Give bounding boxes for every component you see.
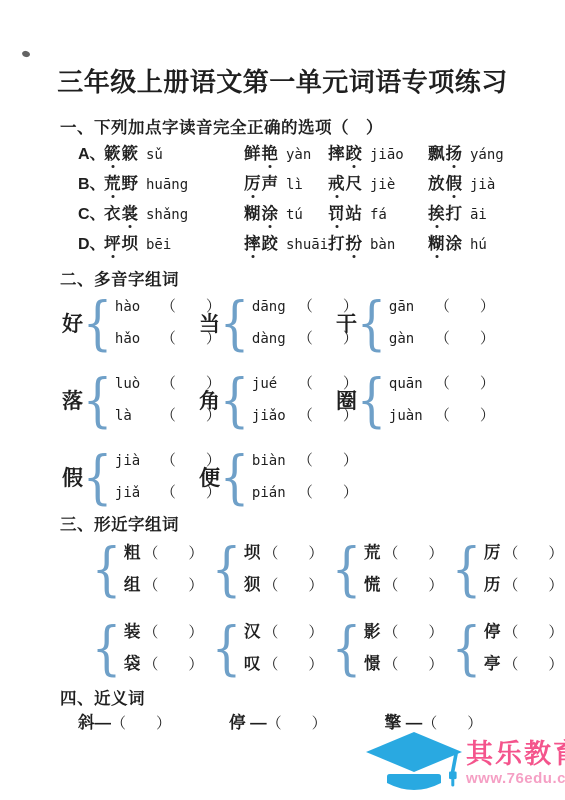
answer-blank: （ ）	[263, 538, 323, 570]
dotted-char: 坪	[104, 230, 122, 254]
polyphone-character: 好	[62, 308, 83, 338]
character: 憬	[364, 648, 381, 680]
left-brace-icon: {	[220, 448, 250, 506]
pinyin: fá	[370, 207, 387, 223]
pinyin: dàng	[252, 323, 298, 355]
word-characters: 鲜艳	[244, 140, 279, 164]
word-item: 糊涂hú	[428, 230, 556, 254]
pinyin: āi	[470, 207, 487, 223]
pinyin: gàn	[389, 323, 435, 355]
polyphone-group: 假{jià（ ）jiǎ（ ）	[62, 445, 199, 509]
dotted-char: 假	[446, 170, 464, 194]
answer-blank: （ ）	[298, 445, 358, 477]
character-blank-line: 停（ ）	[484, 616, 564, 648]
pair-lines: 停（ ）亭（ ）	[484, 616, 564, 680]
option-label: C、	[78, 201, 104, 224]
pinyin-lines: gān（ ）gàn（ ）	[389, 291, 495, 355]
dotted-char: 荒	[104, 170, 122, 194]
char: 坝	[122, 230, 140, 254]
polyphone-character: 角	[199, 385, 220, 415]
char: 尺	[346, 170, 364, 194]
left-brace-icon: {	[452, 619, 482, 677]
left-brace-icon: {	[332, 540, 362, 598]
dotted-char: 跤	[346, 140, 364, 164]
brand-text: 其乐教育 www.76edu.com	[466, 727, 565, 787]
pinyin: jiǎ	[115, 477, 161, 509]
answer-blank: （ ）	[383, 570, 443, 602]
dotted-char: 挨	[428, 200, 446, 224]
char: 站	[346, 200, 364, 224]
character-blank-line: 荒（ ）	[364, 537, 444, 569]
character: 叹	[244, 648, 261, 680]
polyphone-character: 落	[62, 385, 83, 415]
answer-blank: （ ）	[383, 617, 443, 649]
worksheet-page: 三年级上册语文第一单元词语专项练习 一、下列加点字读音完全正确的选项（ ） A、…	[0, 0, 565, 800]
answer-blank: （ ）	[503, 570, 563, 602]
character-blank-line: 粗（ ）	[124, 537, 204, 569]
character: 狈	[244, 569, 261, 601]
polyphone-group: 好{hào（ ）hǎo（ ）	[62, 291, 199, 355]
similar-character-group: {影（ ）憬（ ）	[332, 616, 452, 680]
pronunciation-option-row: B、荒野huāng厉声lì戒尺jiè放假jià	[78, 170, 556, 200]
pair-lines: 荒（ ）慌（ ）	[364, 537, 444, 601]
character: 粗	[124, 537, 141, 569]
brand-name: 其乐教育	[466, 740, 565, 768]
word-item: 鲜艳yàn	[244, 140, 328, 164]
left-brace-icon: {	[212, 619, 242, 677]
char: 声	[262, 170, 280, 194]
similar-character-pairs: {粗（ ）组（ ）{坝（ ）狈（ ）{荒（ ）慌（ ）{厉（ ）历（ ）{装（ …	[92, 537, 565, 695]
answer-blank: （ ）	[143, 570, 203, 602]
character: 组	[124, 569, 141, 601]
answer-blank: （ ）	[435, 323, 495, 355]
polyphone-row: 假{jià（ ）jiǎ（ ）便{biàn（ ）pián（ ）	[62, 445, 473, 509]
pinyin-blank-line: quān（ ）	[389, 368, 495, 400]
similar-character-group: {坝（ ）狈（ ）	[212, 537, 332, 601]
dotted-char: 摔	[244, 230, 262, 254]
word-item: 挨打āi	[428, 200, 556, 224]
pair-lines: 汉（ ）叹（ ）	[244, 616, 324, 680]
pinyin: juàn	[389, 400, 435, 432]
word-item: 摔跤shuāi	[244, 230, 328, 254]
pair-lines: 坝（ ）狈（ ）	[244, 537, 324, 601]
brand-logo: 其乐教育 www.76edu.com	[364, 727, 565, 795]
word-characters: 打扮	[328, 230, 363, 254]
dotted-char: 厉	[244, 170, 262, 194]
answer-blank: （ ）	[503, 617, 563, 649]
character-blank-line: 历（ ）	[484, 569, 564, 601]
answer-blank: （ ）	[111, 712, 171, 733]
answer-blank: （ ）	[503, 538, 563, 570]
word-characters: 摔跤	[328, 140, 363, 164]
polyphone-group: 圈{quān（ ）juàn（ ）	[336, 368, 473, 432]
pair-lines: 粗（ ）组（ ）	[124, 537, 204, 601]
pinyin: là	[115, 400, 161, 432]
polyphone-character: 当	[199, 308, 220, 338]
word-characters: 飘扬	[428, 140, 463, 164]
graduation-cap-icon	[364, 727, 464, 795]
answer-blank: （ ）	[435, 400, 495, 432]
synonym-word: 斜—	[78, 709, 111, 733]
pinyin: jiāo	[370, 147, 404, 163]
answer-blank: （ ）	[263, 570, 323, 602]
answer-blank: （ ）	[263, 617, 323, 649]
character: 汉	[244, 616, 261, 648]
word-characters: 衣裳	[104, 200, 139, 224]
left-brace-icon: {	[332, 619, 362, 677]
polyphone-group: 角{jué（ ）jiǎo（ ）	[199, 368, 336, 432]
polyphone-character: 假	[62, 462, 83, 492]
pronunciation-options: A、簌簌sǔ鲜艳yàn摔跤jiāo飘扬yángB、荒野huāng厉声lì戒尺ji…	[78, 140, 556, 260]
character-blank-line: 坝（ ）	[244, 537, 324, 569]
pinyin: sǔ	[146, 147, 163, 163]
pinyin-blank-line: juàn（ ）	[389, 400, 495, 432]
answer-blank: （ ）	[263, 649, 323, 681]
dotted-char: 艳	[262, 140, 280, 164]
pinyin: shǎng	[146, 207, 188, 223]
word-item: 摔跤jiāo	[328, 140, 428, 164]
brand-url: www.76edu.com	[466, 770, 565, 787]
pinyin: pián	[252, 477, 298, 509]
section-2-heading: 二、多音字组词	[60, 266, 179, 290]
left-brace-icon: {	[92, 540, 122, 598]
pinyin: quān	[389, 368, 435, 400]
word-item: 簌簌sǔ	[104, 140, 244, 164]
pinyin: tú	[286, 207, 303, 223]
pinyin: yáng	[470, 147, 504, 163]
character-blank-line: 亭（ ）	[484, 648, 564, 680]
word-characters: 厉声	[244, 170, 279, 194]
answer-blank: （ ）	[267, 712, 327, 733]
answer-blank: （ ）	[383, 649, 443, 681]
character-blank-line: 汉（ ）	[244, 616, 324, 648]
word-item: 衣裳shǎng	[104, 200, 244, 224]
pinyin: dāng	[252, 291, 298, 323]
pinyin-blank-line: pián（ ）	[252, 477, 358, 509]
answer-blank: （ ）	[383, 538, 443, 570]
word-item: 糊涂tú	[244, 200, 328, 224]
polyphone-character: 圈	[336, 385, 357, 415]
dotted-char: 戒	[328, 170, 346, 194]
character: 坝	[244, 537, 261, 569]
character-blank-line: 袋（ ）	[124, 648, 204, 680]
pinyin: jià	[470, 177, 495, 193]
polyphone-group: 当{dāng（ ）dàng（ ）	[199, 291, 336, 355]
left-brace-icon: {	[83, 294, 113, 352]
pinyin: yàn	[286, 147, 311, 163]
left-brace-icon: {	[83, 448, 113, 506]
pinyin-blank-line: gān（ ）	[389, 291, 495, 323]
answer-blank: （ ）	[298, 477, 358, 509]
word-item: 打扮bàn	[328, 230, 428, 254]
polyphone-group: 便{biàn（ ）pián（ ）	[199, 445, 336, 509]
pinyin-lines: biàn（ ）pián（ ）	[252, 445, 358, 509]
left-brace-icon: {	[220, 371, 250, 429]
similar-character-group: {汉（ ）叹（ ）	[212, 616, 332, 680]
word-characters: 荒野	[104, 170, 139, 194]
pinyin: jià	[115, 445, 161, 477]
dotted-char: 罚	[328, 200, 346, 224]
polyphone-character: 便	[199, 462, 220, 492]
answer-blank: （ ）	[435, 291, 495, 323]
left-brace-icon: {	[357, 371, 387, 429]
pinyin-blank-line: gàn（ ）	[389, 323, 495, 355]
word-characters: 罚站	[328, 200, 363, 224]
character-blank-line: 影（ ）	[364, 616, 444, 648]
char: 飘	[428, 140, 446, 164]
pinyin: biàn	[252, 445, 298, 477]
character: 亭	[484, 648, 501, 680]
pronunciation-option-row: C、衣裳shǎng糊涂tú罚站fá挨打āi	[78, 200, 556, 230]
char: 鲜	[244, 140, 262, 164]
word-characters: 糊涂	[244, 200, 279, 224]
char: 打	[446, 200, 464, 224]
word-item: 放假jià	[428, 170, 556, 194]
pair-lines: 装（ ）袋（ ）	[124, 616, 204, 680]
word-item: 荒野huāng	[104, 170, 244, 194]
pair-lines: 厉（ ）历（ ）	[484, 537, 564, 601]
char: 摔	[328, 140, 346, 164]
pinyin: hú	[470, 237, 487, 253]
similar-character-group: {粗（ ）组（ ）	[92, 537, 212, 601]
word-item: 厉声lì	[244, 170, 328, 194]
synonym-word: 停 —	[229, 709, 267, 733]
synonym-item: 停 —（ ）	[229, 709, 327, 733]
pinyin: bàn	[370, 237, 395, 253]
word-characters: 挨打	[428, 200, 463, 224]
character-blank-line: 组（ ）	[124, 569, 204, 601]
synonym-item: 斜—（ ）	[78, 709, 171, 733]
char: 野	[122, 170, 140, 194]
pinyin: jué	[252, 368, 298, 400]
pinyin: gān	[389, 291, 435, 323]
pair-row: {装（ ）袋（ ）{汉（ ）叹（ ）{影（ ）憬（ ）{停（ ）亭（ ）	[92, 616, 565, 680]
pinyin: jiǎo	[252, 400, 298, 432]
pinyin-blank-line: biàn（ ）	[252, 445, 358, 477]
pinyin: shuāi	[286, 237, 328, 253]
section-3-heading: 三、形近字组词	[60, 511, 179, 535]
pinyin: lì	[286, 177, 303, 193]
pronunciation-option-row: D、坪坝bēi摔跤shuāi打扮bàn糊涂hú	[78, 230, 556, 260]
pinyin: luò	[115, 368, 161, 400]
answer-blank: （ ）	[435, 368, 495, 400]
answer-blank: （ ）	[143, 649, 203, 681]
similar-character-group: {荒（ ）慌（ ）	[332, 537, 452, 601]
section-4-heading: 四、近义词	[60, 685, 145, 709]
word-characters: 糊涂	[428, 230, 463, 254]
character-blank-line: 装（ ）	[124, 616, 204, 648]
character: 历	[484, 569, 501, 601]
pair-lines: 影（ ）憬（ ）	[364, 616, 444, 680]
pinyin: bēi	[146, 237, 171, 253]
character: 荒	[364, 537, 381, 569]
word-characters: 坪坝	[104, 230, 139, 254]
answer-blank: （ ）	[143, 538, 203, 570]
answer-blank: （ ）	[143, 617, 203, 649]
similar-character-group: {厉（ ）历（ ）	[452, 537, 565, 601]
character-blank-line: 慌（ ）	[364, 569, 444, 601]
left-brace-icon: {	[92, 619, 122, 677]
pinyin: hǎo	[115, 323, 161, 355]
word-characters: 簌簌	[104, 140, 139, 164]
answer-blank: （ ）	[503, 649, 563, 681]
word-characters: 放假	[428, 170, 463, 194]
pinyin: hào	[115, 291, 161, 323]
character: 停	[484, 616, 501, 648]
char: 涂	[446, 230, 464, 254]
similar-character-group: {停（ ）亭（ ）	[452, 616, 565, 680]
pronunciation-option-row: A、簌簌sǔ鲜艳yàn摔跤jiāo飘扬yáng	[78, 140, 556, 170]
polyphone-group: 干{gān（ ）gàn（ ）	[336, 291, 473, 355]
char: 放	[428, 170, 446, 194]
polyphone-groups: 好{hào（ ）hǎo（ ）当{dāng（ ）dàng（ ）干{gān（ ）gà…	[62, 291, 473, 522]
option-label: D、	[78, 231, 104, 254]
pair-row: {粗（ ）组（ ）{坝（ ）狈（ ）{荒（ ）慌（ ）{厉（ ）历（ ）	[92, 537, 565, 601]
section-1-heading: 一、下列加点字读音完全正确的选项（ ）	[60, 114, 383, 138]
dotted-char: 裳	[122, 200, 140, 224]
pinyin-lines: quān（ ）juàn（ ）	[389, 368, 495, 432]
word-item: 戒尺jiè	[328, 170, 428, 194]
left-brace-icon: {	[83, 371, 113, 429]
char: 簌	[122, 140, 140, 164]
character: 慌	[364, 569, 381, 601]
pinyin: huāng	[146, 177, 188, 193]
polyphone-row: 好{hào（ ）hǎo（ ）当{dāng（ ）dàng（ ）干{gān（ ）gà…	[62, 291, 473, 355]
word-characters: 摔跤	[244, 230, 279, 254]
dotted-char: 簌	[104, 140, 122, 164]
left-brace-icon: {	[452, 540, 482, 598]
polyphone-group: 落{luò（ ）là（ ）	[62, 368, 199, 432]
dotted-char: 扬	[446, 140, 464, 164]
char: 跤	[262, 230, 280, 254]
character: 袋	[124, 648, 141, 680]
dotted-char: 糊	[428, 230, 446, 254]
word-characters: 戒尺	[328, 170, 363, 194]
character-blank-line: 狈（ ）	[244, 569, 324, 601]
left-brace-icon: {	[357, 294, 387, 352]
pinyin: jiè	[370, 177, 395, 193]
character-blank-line: 厉（ ）	[484, 537, 564, 569]
char: 衣	[104, 200, 122, 224]
char: 打	[328, 230, 346, 254]
word-item: 坪坝bēi	[104, 230, 244, 254]
option-label: A、	[78, 141, 104, 164]
char: 糊	[244, 200, 262, 224]
left-brace-icon: {	[220, 294, 250, 352]
option-label: B、	[78, 171, 104, 194]
character-blank-line: 憬（ ）	[364, 648, 444, 680]
scan-artifact	[21, 50, 30, 58]
dotted-char: 扮	[346, 230, 364, 254]
character: 装	[124, 616, 141, 648]
similar-character-group: {装（ ）袋（ ）	[92, 616, 212, 680]
page-title: 三年级上册语文第一单元词语专项练习	[0, 62, 565, 99]
dotted-char: 涂	[262, 200, 280, 224]
character: 影	[364, 616, 381, 648]
left-brace-icon: {	[212, 540, 242, 598]
character-blank-line: 叹（ ）	[244, 648, 324, 680]
word-item: 罚站fá	[328, 200, 428, 224]
polyphone-character: 干	[336, 308, 357, 338]
word-item: 飘扬yáng	[428, 140, 556, 164]
character: 厉	[484, 537, 501, 569]
polyphone-row: 落{luò（ ）là（ ）角{jué（ ）jiǎo（ ）圈{quān（ ）juà…	[62, 368, 473, 432]
